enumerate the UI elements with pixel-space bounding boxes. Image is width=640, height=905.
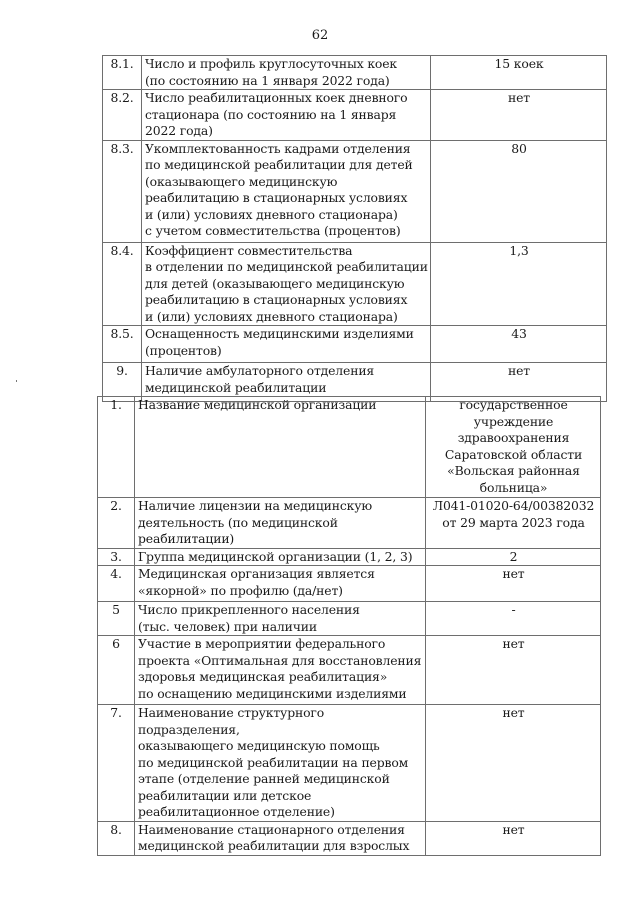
value-line: нет [429, 636, 598, 653]
table-row: 4.Медицинская организация является«якорн… [98, 566, 601, 602]
label-line: и (или) условиях дневного стационара) [145, 309, 428, 326]
value-line: государственное [429, 397, 598, 414]
label-line: этапе (отделение ранней медицинской [138, 771, 423, 788]
value-line: больница» [429, 480, 598, 497]
label-line: (процентов) [145, 343, 428, 360]
value-line: нет [429, 566, 598, 583]
row-label: Число и профиль круглосуточных коек(по с… [142, 56, 431, 90]
label-line: Группа медицинской организации (1, 2, 3) [138, 549, 423, 566]
row-value: - [426, 602, 601, 636]
row-number: 8.4. [103, 242, 142, 326]
label-line: проекта «Оптимальная для восстановления [138, 653, 423, 670]
row-number: 8.5. [103, 326, 142, 363]
row-number: 3. [98, 548, 135, 566]
label-line: Наличие амбулаторного отделения [145, 363, 428, 380]
row-number: 2. [98, 498, 135, 549]
label-line: (оказывающего медицинскую [145, 174, 428, 191]
scan-artifact [16, 380, 17, 382]
row-number: 7. [98, 705, 135, 822]
table-row: 8.2.Число реабилитационных коек дневного… [103, 90, 607, 141]
value-line: Саратовской области [429, 447, 598, 464]
label-line: реабилитацию в стационарных условиях [145, 190, 428, 207]
label-line: Число прикрепленного населения [138, 602, 423, 619]
row-value: 43 [431, 326, 607, 363]
row-value: нет [431, 90, 607, 141]
rehab-capacity-table: 8.1.Число и профиль круглосуточных коек(… [102, 55, 607, 402]
label-line: и (или) условиях дневного стационара) [145, 207, 428, 224]
row-value: нет [426, 636, 601, 705]
table-row: 7.Наименование структурного подразделени… [98, 705, 601, 822]
row-value: 1,3 [431, 242, 607, 326]
label-line: Участие в мероприятии федерального [138, 636, 423, 653]
row-number: 5 [98, 602, 135, 636]
row-value: 2 [426, 548, 601, 566]
row-label: Укомплектованность кадрами отделенияпо м… [142, 140, 431, 242]
label-line: по оснащению медицинскими изделиями [138, 686, 423, 703]
row-number: 8.2. [103, 90, 142, 141]
label-line: Наличие лицензии на медицинскую [138, 498, 423, 515]
table-row: 5Число прикрепленного населения(тыс. чел… [98, 602, 601, 636]
value-line: Л041-01020-64/00382032 [429, 498, 598, 515]
row-value: нет [426, 705, 601, 822]
value-line: учреждение [429, 414, 598, 431]
table-row: 8.4.Коэффициент совместительствав отделе… [103, 242, 607, 326]
row-label: Наличие лицензии на медицинскуюдеятельно… [135, 498, 426, 549]
label-line: Название медицинской организации [138, 397, 423, 414]
row-number: 8.3. [103, 140, 142, 242]
row-value: государственноеучреждениездравоохранения… [426, 397, 601, 498]
row-value: нет [426, 821, 601, 855]
label-line: Коэффициент совместительства [145, 243, 428, 260]
label-line: по медицинской реабилитации для детей [145, 157, 428, 174]
label-line: Число реабилитационных коек дневного [145, 90, 428, 107]
table-row: 2.Наличие лицензии на медицинскуюдеятель… [98, 498, 601, 549]
table-row: 6Участие в мероприятии федеральногопроек… [98, 636, 601, 705]
table-row: 8.5.Оснащенность медицинскими изделиями(… [103, 326, 607, 363]
value-line: нет [429, 822, 598, 839]
label-line: «якорной» по профилю (да/нет) [138, 583, 423, 600]
label-line: для детей (оказывающего медицинскую [145, 276, 428, 293]
label-line: реабилитацию в стационарных условиях [145, 292, 428, 309]
row-number: 1. [98, 397, 135, 498]
label-line: Укомплектованность кадрами отделения [145, 141, 428, 158]
row-label: Участие в мероприятии федеральногопроект… [135, 636, 426, 705]
row-number: 8. [98, 821, 135, 855]
row-label: Число реабилитационных коек дневногостац… [142, 90, 431, 141]
value-line: здравоохранения [429, 430, 598, 447]
value-line: - [429, 602, 598, 619]
row-label: Название медицинской организации [135, 397, 426, 498]
label-line: Наименование структурного подразделения, [138, 705, 423, 738]
page-number: 62 [0, 28, 640, 43]
label-line: медицинской реабилитации [145, 380, 428, 397]
row-label: Наименование структурного подразделения,… [135, 705, 426, 822]
row-value: 80 [431, 140, 607, 242]
label-line: в отделении по медицинской реабилитации [145, 259, 428, 276]
row-label: Коэффициент совместительствав отделении … [142, 242, 431, 326]
row-label: Медицинская организация является«якорной… [135, 566, 426, 602]
value-line: нет [429, 705, 598, 722]
row-label: Наименование стационарного отделениямеди… [135, 821, 426, 855]
row-label: Группа медицинской организации (1, 2, 3) [135, 548, 426, 566]
label-line: медицинской реабилитации для взрослых [138, 838, 423, 855]
label-line: Оснащенность медицинскими изделиями [145, 326, 428, 343]
label-line: (тыс. человек) при наличии [138, 619, 423, 636]
row-number: 6 [98, 636, 135, 705]
label-line: реабилитационное отделение) [138, 804, 423, 821]
row-label: Число прикрепленного населения(тыс. чело… [135, 602, 426, 636]
label-line: реабилитации или детское [138, 788, 423, 805]
table-row: 8.Наименование стационарного отделенияме… [98, 821, 601, 855]
row-number: 8.1. [103, 56, 142, 90]
row-label: Оснащенность медицинскими изделиями(проц… [142, 326, 431, 363]
label-line: (по состоянию на 1 января 2022 года) [145, 73, 428, 90]
row-value: 15 коек [431, 56, 607, 90]
row-number: 4. [98, 566, 135, 602]
value-line: «Вольская районная [429, 463, 598, 480]
label-line: Медицинская организация является [138, 566, 423, 583]
row-value: нет [426, 566, 601, 602]
table-row: 8.1.Число и профиль круглосуточных коек(… [103, 56, 607, 90]
label-line: деятельность (по медицинской реабилитаци… [138, 515, 423, 548]
value-line: 2 [429, 549, 598, 566]
label-line: стационара (по состоянию на 1 января 202… [145, 107, 428, 140]
value-line: от 29 марта 2023 года [429, 515, 598, 532]
label-line: здоровья медицинская реабилитация» [138, 669, 423, 686]
table-row: 1.Название медицинской организациигосуда… [98, 397, 601, 498]
label-line: оказывающего медицинскую помощь [138, 738, 423, 755]
label-line: Число и профиль круглосуточных коек [145, 56, 428, 73]
label-line: Наименование стационарного отделения [138, 822, 423, 839]
organization-info-table: 1.Название медицинской организациигосуда… [97, 396, 601, 856]
table-row: 8.3.Укомплектованность кадрами отделения… [103, 140, 607, 242]
table-row: 3.Группа медицинской организации (1, 2, … [98, 548, 601, 566]
row-value: Л041-01020-64/00382032от 29 марта 2023 г… [426, 498, 601, 549]
label-line: с учетом совместительства (процентов) [145, 223, 428, 240]
label-line: по медицинской реабилитации на первом [138, 755, 423, 772]
